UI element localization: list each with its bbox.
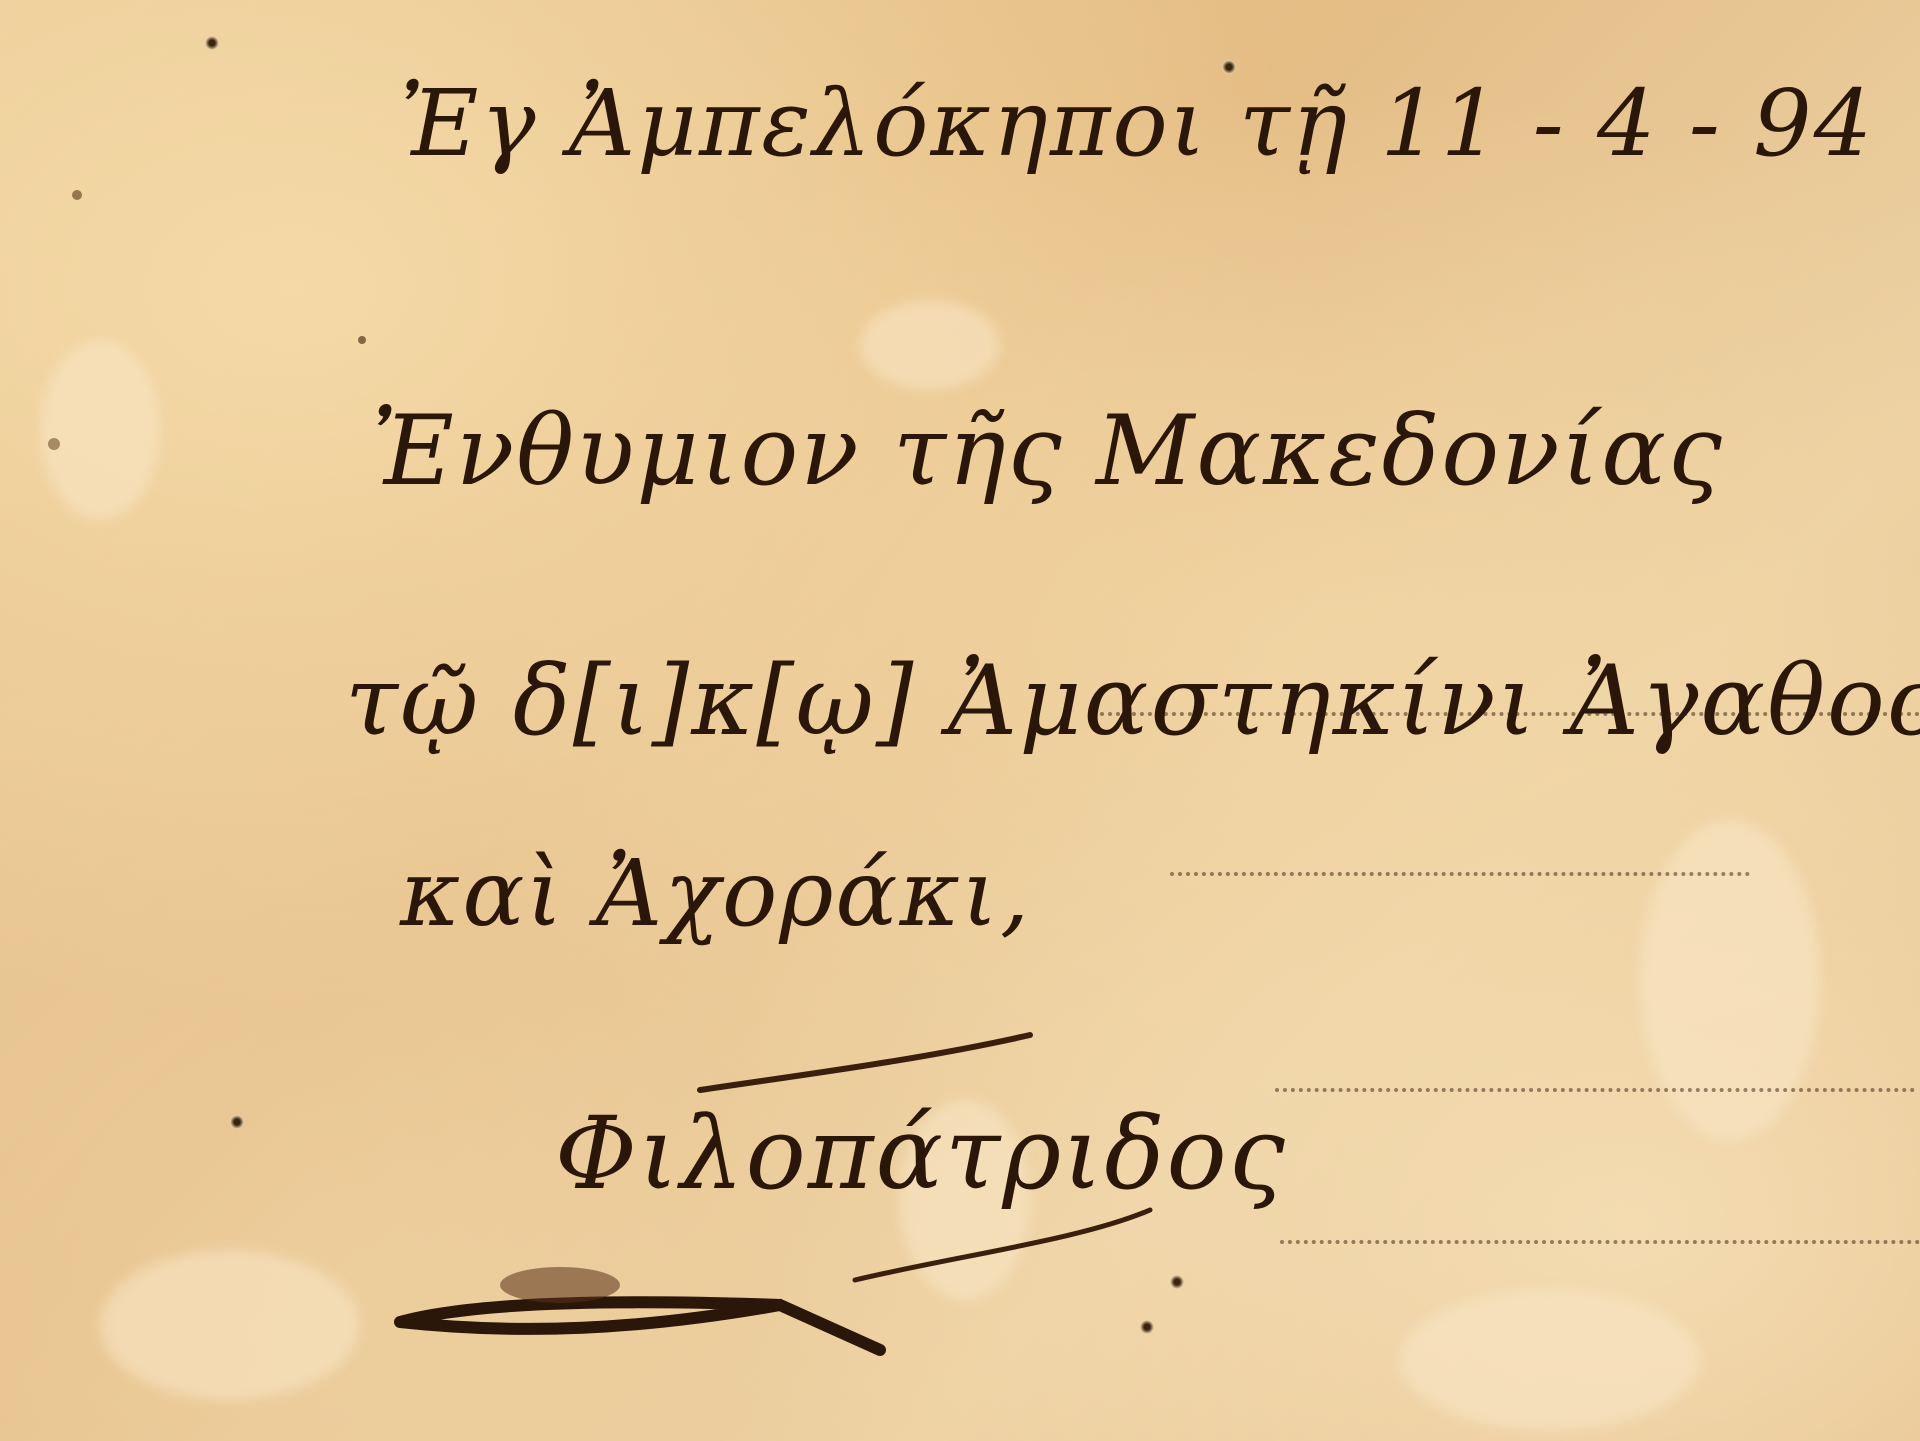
aged-paper-card: Ἐγ Ἀμπελόκηποι τῇ 11 - 4 - 94 Ἐνθυμιον τ… (0, 0, 1920, 1441)
signature-flourish (0, 0, 1920, 1441)
